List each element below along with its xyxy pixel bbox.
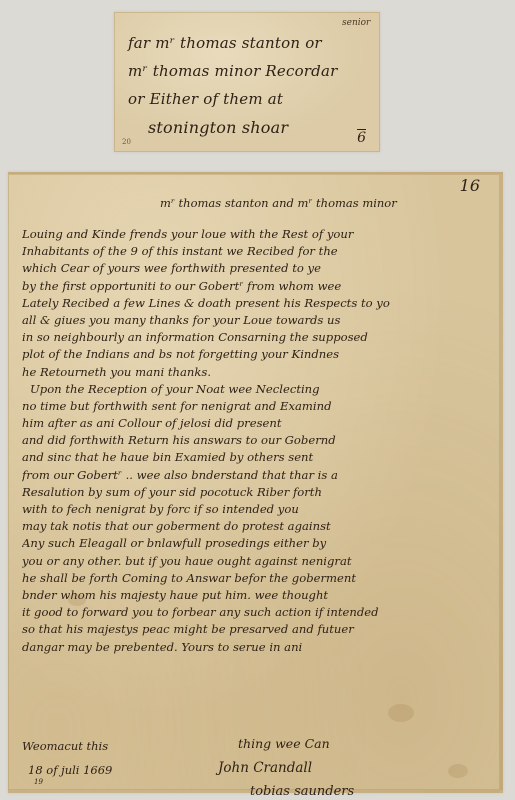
letter-date: 18 of juli 1669 19 (22, 758, 112, 782)
letter-line: it good to forward you to forbear any su… (22, 604, 492, 621)
note-small-number: 20 (122, 138, 131, 146)
letter-line: he shall be forth Coming to Answar befor… (22, 570, 492, 587)
letter-line: Lately Recibed a few Lines & doath prese… (22, 295, 492, 312)
signature-john-crandall: John Crandall (206, 756, 354, 780)
note-folio-number: 6 (357, 130, 366, 146)
letter-line: Upon the Reception of your Noat wee Necl… (22, 381, 492, 398)
note-line-2: mʳ thomas minor Recordar (128, 62, 338, 80)
letter-line: Inhabitants of the 9 of this instant we … (22, 243, 492, 260)
signature-tobias-saunders: tobias saunders (206, 780, 354, 800)
date-block: Weomacut this 18 of juli 1669 19 (22, 734, 112, 782)
letter-line: so that his majestys peac might be presa… (22, 621, 492, 638)
letter-line: which Cear of yours wee forthwith presen… (22, 260, 492, 277)
letter-line: Louing and Kinde frends your loue with t… (22, 226, 492, 243)
letter-line: with to fech nenigrat by forc if so inte… (22, 501, 492, 518)
letter-line: he Retourneth you mani thanks. (22, 364, 492, 381)
note-superscript: senior (342, 18, 370, 28)
note-line-1: far mʳ thomas stanton or (128, 34, 322, 52)
letter-line: by the first opportuniti to our Gobertʳ … (22, 278, 492, 295)
letter-line: plot of the Indians and bs not forgettin… (22, 346, 492, 363)
closing-phrase: thing wee Can (206, 732, 354, 756)
letter-line: Resalution by sum of your sid pocotuck R… (22, 484, 492, 501)
letter-line: from our Gobertʳ .. wee also bnderstand … (22, 467, 492, 484)
letter-line: all & giues you many thanks for your Lou… (22, 312, 492, 329)
letter-page: 16 mʳ thomas stanton and mʳ thomas minor… (8, 172, 503, 793)
letter-line: no time but forthwith sent for nenigrat … (22, 398, 492, 415)
date-subscript: 19 (34, 770, 43, 794)
letter-line: may tak notis that our goberment do prot… (22, 518, 492, 535)
letter-line: bnder whom his majesty haue put him. wee… (22, 587, 492, 604)
paper-stain (388, 704, 414, 722)
letter-line: and did forthwith Return his answars to … (22, 432, 492, 449)
letter-line: and sinc that he haue bin Examied by oth… (22, 449, 492, 466)
note-line-4: stonington shoar (148, 118, 288, 137)
address-note: senior far mʳ thomas stanton or mʳ thoma… (114, 12, 380, 152)
paper-stain (448, 764, 468, 778)
letter-line: Any such Eleagall or bnlawfull proseding… (22, 535, 492, 552)
letter-address: mʳ thomas stanton and mʳ thomas minor (160, 196, 397, 210)
letter-line: you or any other. but if you haue ought … (22, 553, 492, 570)
signature-block: thing wee Can John Crandall tobias saund… (206, 732, 354, 800)
letter-line: in so neighbourly an information Consarn… (22, 329, 492, 346)
note-line-3: or Either of them at (128, 90, 283, 108)
date-place: Weomacut this (22, 734, 112, 758)
letter-body: Louing and Kinde frends your loue with t… (22, 226, 492, 656)
letter-folio-number: 16 (460, 176, 480, 195)
letter-line: him after as ani Collour of jelosi did p… (22, 415, 492, 432)
letter-line: dangar may be prebented. Yours to serue … (22, 639, 492, 656)
